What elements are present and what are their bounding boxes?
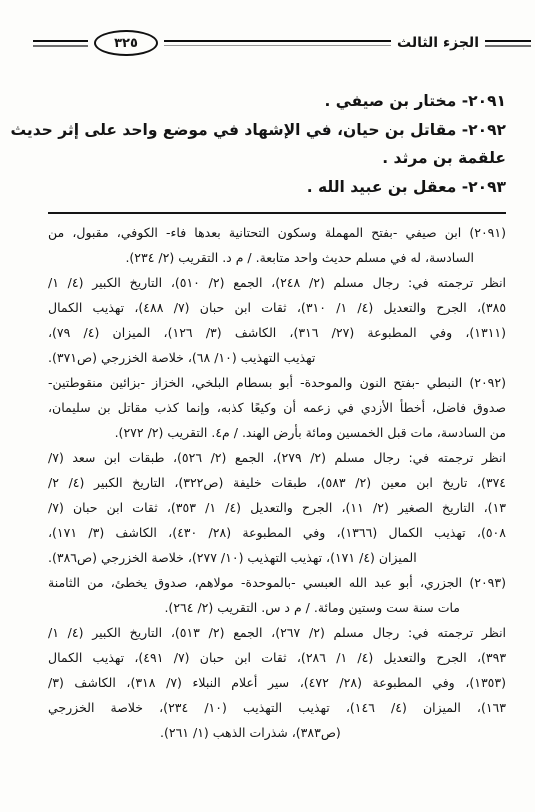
header-rule-middle bbox=[164, 40, 391, 46]
footnote-line: الميزان (٤/ ١٧١)، تهذيب التهذيب (١٠/ ٢٧٧… bbox=[48, 545, 506, 570]
footnote-line: ٣٩٣)، الجرح والتعديل (٤/ ١/ ٢٨٦)، ثقات ا… bbox=[48, 645, 506, 670]
page-content: ٢٠٩١- مختار بن صيفي .٢٠٩٢- مقاتل بن حيان… bbox=[0, 56, 535, 745]
footnote-line: (٢٠٩٢) النبطي -بفتح النون والموحدة- أبو … bbox=[48, 370, 506, 395]
header-rule-left bbox=[33, 40, 88, 47]
footnote-line: انظر ترجمته في: رجال مسلم (٢/ ٢٤٨)، الجم… bbox=[48, 270, 506, 295]
footnote-line: ٣٨٥)، الجرح والتعديل (٤/ ١/ ٣١٠)، ثقات ا… bbox=[48, 295, 506, 320]
entry-line: علقمة بن مرثد . bbox=[48, 144, 506, 173]
footnote-line: انظر ترجمته في: رجال مسلم (٢/ ٢٧٩)، الجم… bbox=[48, 445, 506, 470]
book-page: الجزء الثالث ٣٢٥ ٢٠٩١- مختار بن صيفي .٢٠… bbox=[0, 0, 535, 812]
main-text: ٢٠٩١- مختار بن صيفي .٢٠٩٢- مقاتل بن حيان… bbox=[48, 87, 506, 201]
entry-line: ٢٠٩٢- مقاتل بن حيان، في الإشهاد في موضع … bbox=[48, 116, 506, 145]
footnote-line: (١٣٥٣)، وفي المطبوعة (٢٨/ ٤٧٢)، سير أعلا… bbox=[48, 670, 506, 695]
footnote-line: ١٣)، التاريخ الصغير (٢/ ١١)، الجرح والتع… bbox=[48, 495, 506, 520]
page-number: ٣٢٥ bbox=[114, 36, 138, 51]
page-number-badge: ٣٢٥ bbox=[94, 30, 158, 56]
footnote-line: ١٦٣)، الميزان (٤/ ١٤٦)، تهذيب التهذيب (١… bbox=[48, 695, 506, 720]
footnote-line: من السادسة، مات قبل الخمسين ومائة بأرض ا… bbox=[48, 420, 506, 445]
footnote-line: ٥٠٨)، تهذيب الكمال (١٣٦٦)، وفي المطبوعة … bbox=[48, 520, 506, 545]
footnote-separator bbox=[48, 212, 506, 214]
entry-line: ٢٠٩٣- معقل بن عبيد الله . bbox=[48, 173, 506, 202]
header-rule-right bbox=[485, 40, 531, 47]
entry-line: ٢٠٩١- مختار بن صيفي . bbox=[48, 87, 506, 116]
footnote-line: (١٣١١)، وفي المطبوعة (٢٧/ ٣١٦)، الكاشف (… bbox=[48, 320, 506, 345]
section-title: الجزء الثالث bbox=[397, 31, 479, 55]
footnote-line: تهذيب التهذيب (١٠/ ٦٨)، خلاصة الخزرجي (ص… bbox=[48, 345, 506, 370]
footnote-line: مات سنة ست وستين ومائة. / م د س. التقريب… bbox=[48, 595, 506, 620]
footnotes: (٢٠٩١) ابن صيفي -بفتح المهملة وسكون التح… bbox=[48, 220, 506, 745]
footnote-line: انظر ترجمته في: رجال مسلم (٢/ ٢٦٧)، الجم… bbox=[48, 620, 506, 645]
footnote-line: ٣٧٤)، تاريخ ابن معين (٢/ ٥٨٣)، طبقات خلي… bbox=[48, 470, 506, 495]
footnote-line: (ص٣٨٣)، شذرات الذهب (١/ ٢٦١). bbox=[48, 720, 506, 745]
page-header: الجزء الثالث ٣٢٥ bbox=[0, 0, 535, 56]
footnote-line: (٢٠٩٣) الجزري، أبو عبد الله العبسي -بالم… bbox=[48, 570, 506, 595]
footnote-line: صدوق فاضل، أخطأ الأزدي في زعمه أن وكيعًا… bbox=[48, 395, 506, 420]
footnote-line: (٢٠٩١) ابن صيفي -بفتح المهملة وسكون التح… bbox=[48, 220, 506, 245]
footnote-line: السادسة، له في مسلم حديث واحد متابعة. / … bbox=[48, 245, 506, 270]
